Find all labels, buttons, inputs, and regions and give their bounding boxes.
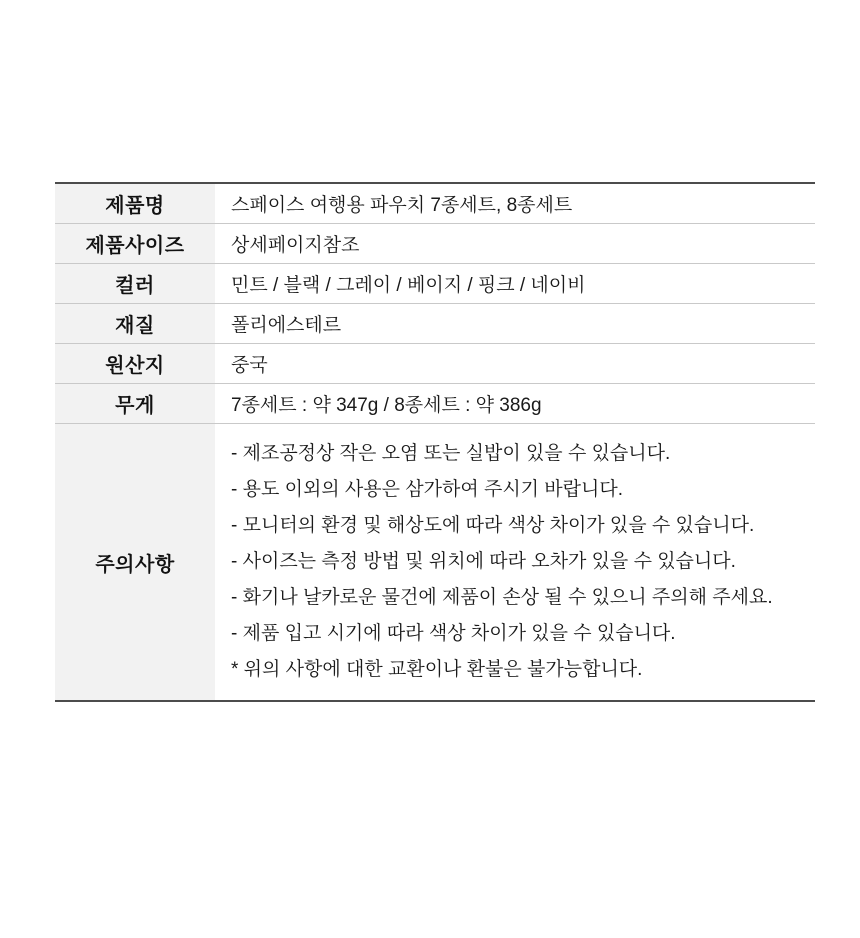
row-value-material: 폴리에스테르: [215, 304, 815, 343]
row-label-color: 컬러: [55, 264, 215, 303]
precaution-line: - 용도 이외의 사용은 삼가하여 주시기 바랍니다.: [231, 472, 815, 508]
precaution-line: * 위의 사항에 대한 교환이나 환불은 불가능합니다.: [231, 652, 815, 688]
table-row: 재질 폴리에스테르: [55, 303, 815, 343]
row-value-origin: 중국: [215, 344, 815, 383]
row-label-origin: 원산지: [55, 344, 215, 383]
table-row: 컬러 민트 / 블랙 / 그레이 / 베이지 / 핑크 / 네이비: [55, 263, 815, 303]
row-value-product-name: 스페이스 여행용 파우치 7종세트, 8종세트: [215, 184, 815, 223]
precaution-line: - 제조공정상 작은 오염 또는 실밥이 있을 수 있습니다.: [231, 436, 815, 472]
table-row: 제품사이즈 상세페이지참조: [55, 223, 815, 263]
precaution-line: - 모니터의 환경 및 해상도에 따라 색상 차이가 있을 수 있습니다.: [231, 508, 815, 544]
row-label-precautions: 주의사항: [55, 424, 215, 700]
row-label-weight: 무게: [55, 384, 215, 423]
row-value-precautions: - 제조공정상 작은 오염 또는 실밥이 있을 수 있습니다. - 용도 이외의…: [215, 424, 815, 700]
precaution-line: - 제품 입고 시기에 따라 색상 차이가 있을 수 있습니다.: [231, 616, 815, 652]
table-row: 무게 7종세트 : 약 347g / 8종세트 : 약 386g: [55, 383, 815, 423]
table-row: 제품명 스페이스 여행용 파우치 7종세트, 8종세트: [55, 184, 815, 223]
precaution-line: - 사이즈는 측정 방법 및 위치에 따라 오차가 있을 수 있습니다.: [231, 544, 815, 580]
row-value-color: 민트 / 블랙 / 그레이 / 베이지 / 핑크 / 네이비: [215, 264, 815, 303]
row-value-product-size: 상세페이지참조: [215, 224, 815, 263]
row-label-product-size: 제품사이즈: [55, 224, 215, 263]
row-label-product-name: 제품명: [55, 184, 215, 223]
table-row: 원산지 중국: [55, 343, 815, 383]
table-row-notes: 주의사항 - 제조공정상 작은 오염 또는 실밥이 있을 수 있습니다. - 용…: [55, 423, 815, 700]
row-value-weight: 7종세트 : 약 347g / 8종세트 : 약 386g: [215, 384, 815, 423]
precaution-line: - 화기나 날카로운 물건에 제품이 손상 될 수 있으니 주의해 주세요.: [231, 580, 815, 616]
product-info-table: 제품명 스페이스 여행용 파우치 7종세트, 8종세트 제품사이즈 상세페이지참…: [55, 182, 815, 702]
row-label-material: 재질: [55, 304, 215, 343]
